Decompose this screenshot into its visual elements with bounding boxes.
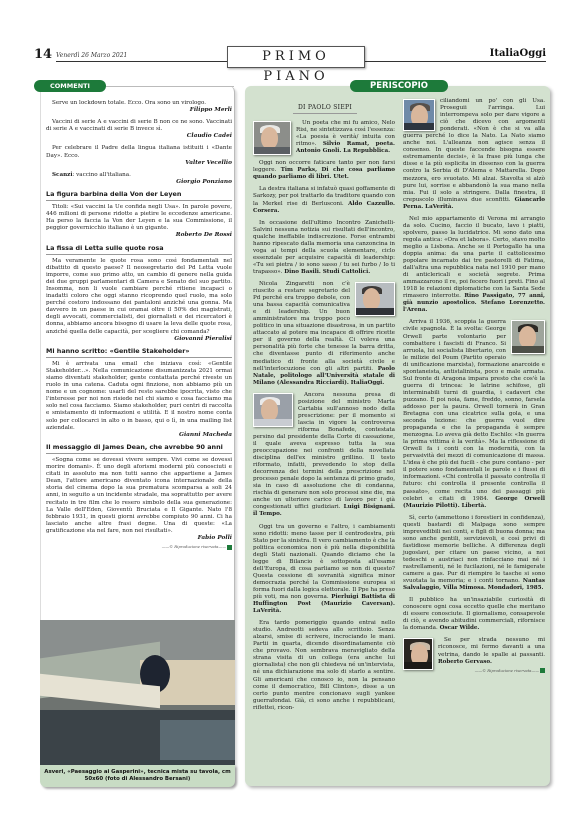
article-signature: Fabio Polli	[46, 535, 232, 542]
article-body: «Sogna come se dovessi vivere sempre. Vi…	[46, 457, 232, 535]
article-title: La figura barbina della Von der Leyen	[46, 191, 232, 201]
quote-text: Se per strada nessuno mi riconosce, mi f…	[438, 637, 545, 657]
blue-ground	[160, 720, 235, 760]
article-signature: Giovanni Pieralisi	[46, 336, 232, 343]
commenti-content: Serve un lockdown totale. Ecco. Ora sono…	[46, 100, 232, 550]
periscopio-box: DI PAOLO SIEPI Un poeta che mi fu amico,…	[245, 86, 550, 786]
article: «Sogna come se dovessi vivere sempre. Vi…	[46, 457, 232, 542]
shirt	[254, 419, 292, 426]
quote: Ancora nessuna presa di posizione del mi…	[253, 392, 395, 519]
author-photo-zingaretti	[355, 282, 395, 316]
comment-signature: Filippo Merli	[46, 107, 232, 114]
quote: ciliandomi un po' con gli Usa. Proseguii…	[403, 98, 545, 211]
quote: Arriva il 1936, scoppia la guerra civile…	[403, 319, 545, 509]
brand-logo: ItaliaOggi	[487, 48, 546, 59]
face	[363, 288, 380, 310]
comment-item: Scanzi: vaccino all'italiana. Giorgio Po…	[46, 172, 232, 186]
article-body: Titoli: «Sui vaccini la Ue confida negli…	[46, 204, 232, 232]
article-title: La fissa di Letta sulle quote rosa	[46, 245, 232, 255]
comment-lead: Scanzi	[52, 172, 72, 178]
green-square-icon	[227, 545, 232, 550]
quote-text: Oggi tra un governo e l'altro, i cambiam…	[253, 524, 395, 600]
quote: Sì, certo (ammettono i forestieri in con…	[403, 515, 545, 593]
periscopio-tag: PERISCOPIO	[350, 80, 448, 92]
comment-signature: Giorgio Ponziano	[46, 179, 232, 186]
quote: Se per strada nessuno mi riconosce, mi f…	[403, 637, 545, 665]
shirt	[356, 308, 394, 315]
article-signature: Gianni Macheda	[46, 432, 232, 439]
issue-date: Venerdì 26 Marzo 2021	[56, 52, 127, 59]
quote: Oggi non occorre faticare tanto per non …	[253, 160, 395, 181]
periscopio-col-2: ciliandomi un po' con gli Usa. Proseguii…	[403, 98, 545, 674]
article: Mi è arrivata una email che iniziava cos…	[46, 361, 232, 439]
article-title: Mi hanno scritto: «Gentile Stakeholder»	[46, 348, 232, 358]
face	[519, 326, 536, 348]
painting-caption: Asveri, «Paesaggio ai Gasperini», tecnic…	[40, 765, 235, 787]
article-title: Il messaggio di James Dean, che avrebbe …	[46, 444, 232, 454]
quote-source: Oscar Wilde.	[440, 625, 480, 631]
green-square-icon	[540, 668, 545, 673]
shirt	[254, 147, 290, 154]
quote-text: Sì, certo (ammettono i forestieri in con…	[403, 515, 545, 584]
author-byline: DI PAOLO SIEPI	[293, 104, 357, 114]
quote-text: Era tardo pomeriggio quando entrai nello…	[253, 620, 395, 711]
comment-body: : vaccino all'italiana.	[72, 172, 130, 178]
quote-source: Dino Basili. Studi Cattolici.	[284, 269, 370, 275]
copyright-note: ——© Riproduzione riservata——	[46, 543, 232, 550]
comment-item: Vaccini di serie A e vaccini di serie B …	[46, 119, 232, 140]
quote: Il pubblico ha un'insaziabile curiosità …	[403, 597, 545, 632]
quote: In occasione dell'ultimo Incontro Zanich…	[253, 220, 395, 276]
comment-item: Per celebrare il Padre della lingua ital…	[46, 145, 232, 166]
page-number: 14	[34, 47, 56, 62]
commenti-tag: COMMENTI	[34, 80, 106, 92]
author-photo-ramat	[253, 121, 291, 155]
shirt	[404, 662, 432, 669]
article-body: Ma veramente le quote rosa sono così fon…	[46, 258, 232, 336]
shirt	[512, 346, 544, 353]
painting-image	[40, 620, 235, 776]
comment-text: Per celebrare il Padre della lingua ital…	[46, 145, 232, 159]
section-title: PRIMO PIANO	[227, 46, 365, 68]
comment-item: Serve un lockdown totale. Ecco. Ora sono…	[46, 100, 232, 114]
comment-text: Scanzi: vaccino all'italiana.	[46, 172, 232, 179]
commenti-column: COMMENTI Serve un lockdown totale. Ecco.…	[34, 80, 234, 792]
copyright-text: © Riproduzione riservata	[482, 668, 531, 673]
quote: Oggi tra un governo e l'altro, i cambiam…	[253, 524, 395, 616]
article: Ma veramente le quote rosa sono così fon…	[46, 258, 232, 343]
periscopio-col-1: DI PAOLO SIEPI Un poeta che mi fu amico,…	[253, 104, 395, 717]
author-photo-gervaso	[403, 638, 433, 670]
quote: Un poeta che mi fu amico, Nelo Risi, ne …	[253, 120, 395, 155]
periscopio-column: DI PAOLO SIEPI Un poeta che mi fu amico,…	[245, 80, 551, 792]
quote-text: Nel mio appartamento di Verona mi arrang…	[403, 216, 545, 300]
quote-text: In occasione dell'ultimo Incontro Zanich…	[253, 220, 395, 275]
author-photo-orwell	[511, 320, 545, 354]
commenti-rule	[106, 86, 234, 87]
copyright-text: © Riproduzione riservata	[169, 544, 218, 549]
face	[261, 127, 278, 149]
comment-text: Vaccini di serie A e vaccini di serie B …	[46, 119, 232, 133]
comment-signature: Claudio Cadei	[46, 133, 232, 140]
quote: La destra italiana si infatuò quasi goff…	[253, 186, 395, 214]
article-signature: Roberto De Rossi	[46, 232, 232, 239]
comment-signature: Valter Vecellio	[46, 160, 232, 167]
comment-text: Serve un lockdown totale. Ecco. Ora sono…	[46, 100, 232, 107]
author-photo-perna	[403, 99, 435, 131]
article: Titoli: «Sui vaccini la Ue confida negli…	[46, 204, 232, 239]
quote: Nicola Zingaretti non c'è riuscito a res…	[253, 281, 395, 387]
quote: Era tardo pomeriggio quando entrai nello…	[253, 620, 395, 712]
quote: Nel mio appartamento di Verona mi arrang…	[403, 216, 545, 315]
author-photo-bisignani	[253, 393, 293, 427]
face	[261, 399, 278, 421]
shirt	[404, 123, 434, 130]
article-body: Mi è arrivata una email che iniziava cos…	[46, 361, 232, 432]
page-header: 14 Venerdì 26 Marzo 2021 PRIMO PIANO Ita…	[34, 46, 546, 70]
quote-source: Roberto Gervaso.	[438, 659, 492, 665]
